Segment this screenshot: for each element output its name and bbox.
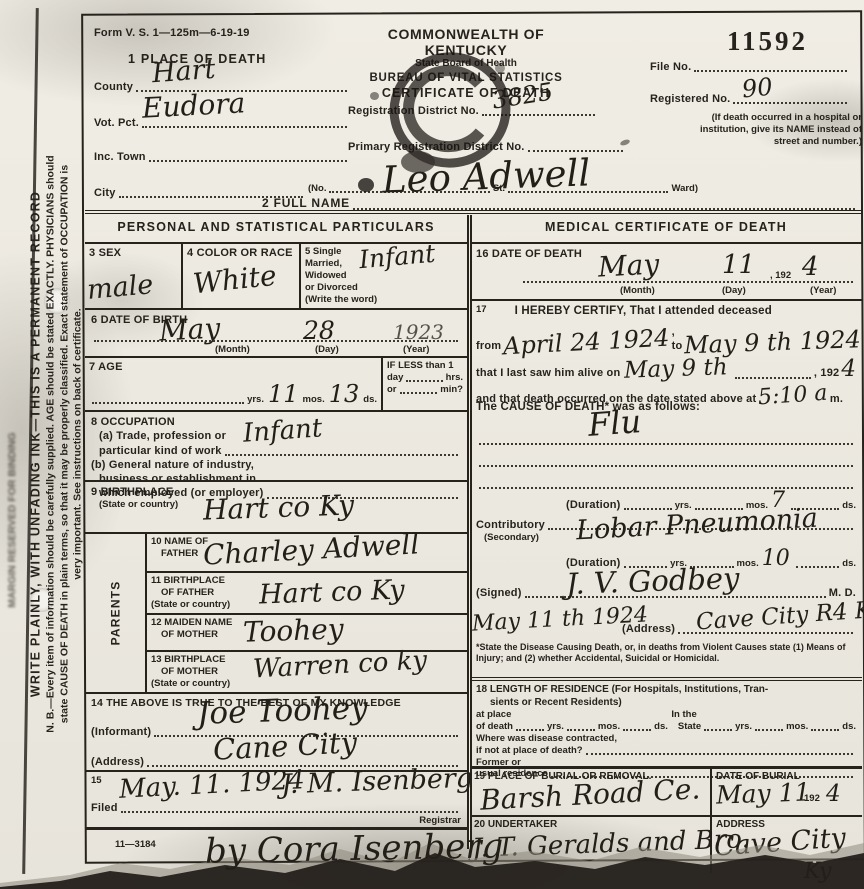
dod-year-label: (Year) (810, 285, 836, 297)
age-row: 7 AGE yrs. 11 mos. 13 ds. IF LESS than 1… (85, 358, 467, 412)
dotted-line (479, 485, 853, 489)
burial-date-cell: DATE OF BURIAL May 11 192 4 (710, 769, 862, 815)
binding-margin-note: MARGIN RESERVED FOR BINDING (6, 360, 20, 680)
occupation-a2: particular kind of work (99, 444, 222, 458)
birthplace-value: Hart co Ky (203, 491, 355, 524)
date-of-birth-row: 6 DATE OF BIRTH May 28 1923 (Month) (Day… (85, 310, 467, 358)
dob-line (91, 338, 461, 344)
personal-particulars-column: PERSONAL AND STATISTICAL PARTICULARS 3 S… (85, 215, 467, 860)
dotted-line (479, 463, 853, 467)
inc-town-label: Inc. Town (94, 150, 146, 164)
last-saw-year-value: 4 (841, 358, 856, 381)
dotted-line (755, 727, 783, 731)
filed-date-value: May. 11. 1924 (118, 767, 305, 803)
burial-place-value: Barsh Road Ce. (479, 775, 700, 814)
precinct-value: Eudora (141, 89, 246, 122)
duration2-mos-label: mos. (737, 558, 759, 570)
undertaker-address-extra: Ky (804, 861, 831, 883)
informant-address-label: (Address) (91, 755, 144, 769)
file-no-label: File No. (650, 60, 691, 74)
burial-year-value: 4 (826, 783, 841, 806)
cause-line2 (476, 463, 856, 469)
res-mos2: mos. (786, 721, 808, 733)
registrar-label: Registrar (91, 815, 461, 827)
parents-rows: 10 NAME OF FATHER Charley Adwell 11 BIRT… (145, 534, 467, 692)
margin-instructions: WRITE PLAINLY, WITH UNFADING INK—THIS IS… (29, 26, 86, 862)
form-code-row: 11—3184 by Cora Isenberg (85, 830, 467, 860)
filed-row: 15 Filed Registrar May. 11. 1924 J. M. I… (85, 772, 467, 830)
ward-label: Ward) (671, 183, 698, 195)
dotted-line (479, 441, 853, 445)
certify-section: 17 I HEREBY CERTIFY, That I attended dec… (470, 301, 862, 397)
dotted-line (735, 375, 811, 379)
from-label: from (476, 339, 501, 353)
filed-label: Filed (91, 801, 118, 815)
dotted-line (811, 727, 839, 731)
former-label-line1: Former or (476, 757, 856, 769)
mother-birthplace-row: 13 BIRTHPLACE OF MOTHER (State or countr… (147, 652, 467, 692)
contracted-label: Where was disease contracted, (476, 733, 856, 745)
dotted-line (225, 452, 458, 456)
contributory-label: Contributory (476, 518, 545, 532)
dod-label: 16 DATE OF DEATH (476, 247, 856, 261)
personal-title: PERSONAL AND STATISTICAL PARTICULARS (117, 220, 434, 234)
registered-no-label: Registered No. (650, 92, 730, 106)
race-cell: 4 COLOR OR RACE White (181, 244, 299, 308)
undertaker-address-value: Cave City (713, 824, 847, 860)
res-yrs2: yrs. (735, 721, 752, 733)
burial-place-cell: 19 PLACE OF BURIAL OR REMOVAL. Barsh Roa… (470, 769, 710, 815)
dotted-line (92, 400, 244, 404)
city-label: City (94, 186, 116, 200)
write-plainly-note: WRITE PLAINLY, WITH UNFADING INK—THIS IS… (29, 26, 43, 862)
no-label: (No. (308, 183, 326, 195)
signed-label: (Signed) (476, 586, 522, 600)
hospital-note: (If death occurred in a hospital or inst… (688, 112, 862, 148)
nb-note-line2: state CAUSE OF DEATH in plain terms, so … (58, 26, 72, 862)
precinct-label: Vot. Pct. (94, 116, 139, 130)
certify-line1: 17 I HEREBY CERTIFY, That I attended dec… (476, 304, 856, 319)
nb-note-line1: N. B.—Every item of information should b… (45, 26, 59, 862)
race-value: White (192, 262, 278, 299)
of-death-label: of death (476, 721, 513, 733)
binding-margin-text: MARGIN RESERVED FOR BINDING (6, 360, 20, 680)
res-mos1: mos. (598, 721, 620, 733)
duration2-ds-label: ds. (842, 558, 856, 570)
duration1-ds-label: ds. (842, 500, 856, 512)
dotted-line (516, 727, 544, 731)
residence-section: 18 LENGTH OF RESIDENCE (For Hospitals, I… (470, 681, 862, 769)
ink-blot (370, 92, 379, 100)
contributory-row: Contributory (Secondary) Lobar Pneumonia (470, 515, 862, 551)
registered-no-value: 90 (741, 74, 774, 101)
duration1-label: (Duration) (566, 498, 621, 512)
deputy-registrar-byline: by Cora Isenberg (205, 829, 504, 868)
month-label: (Month) (215, 344, 250, 356)
file-no-row: File No. (650, 60, 850, 74)
last-saw-label: that I last saw him alive on (476, 366, 620, 380)
cause-label: The CAUSE OF DEATH* was as follows: (476, 400, 856, 415)
father-birthplace-value: Hart co Ky (259, 577, 405, 609)
dotted-line (523, 279, 853, 283)
section-divider (85, 210, 862, 214)
county-value: Hart (151, 56, 216, 87)
age-months-value: 11 (268, 382, 299, 406)
inc-town-row: Inc. Town (94, 150, 350, 164)
undertaker-cell: 20 UNDERTAKER J. T. Geralds and Bro. (470, 817, 710, 873)
father-birthplace-row: 11 BIRTHPLACE OF FATHER (State or countr… (147, 573, 467, 615)
marital-cell: 5 Single Married, Widowed or Divorced (W… (299, 244, 467, 308)
informant-address-value: Cane City (212, 728, 357, 764)
dotted-line (624, 506, 672, 510)
burial-date-value: May 11 (716, 779, 811, 807)
if-less-hrs: hrs. (446, 372, 463, 384)
age-days-value: 13 (329, 382, 360, 406)
occupation-row: 8 OCCUPATION (a) Trade, profession or pa… (85, 412, 467, 482)
attended-from-value: April 24 1924 (503, 325, 670, 358)
if-less-cell: IF LESS than 1 dayhrs. ormin? (381, 358, 467, 410)
dod-year-value: 4 (802, 254, 819, 280)
medical-certificate-column: MEDICAL CERTIFICATE OF DEATH 16 DATE OF … (470, 215, 862, 873)
date-of-death-row: 16 DATE OF DEATH May 11 , 192 4 (Month) … (470, 244, 862, 301)
birthplace-row: 9 BIRTHPLACE (State or country) Hart co … (85, 482, 467, 534)
sex-label: 3 SEX (89, 246, 177, 260)
to-label: , to (672, 325, 683, 354)
age-mos-label: mos. (303, 394, 325, 406)
if-not-label: if not at place of death? (476, 745, 583, 757)
informant-value: Joe Toohey (197, 693, 369, 730)
day-label: (Day) (315, 344, 339, 356)
physician-signature: J. V. Godbey (566, 564, 740, 599)
dotted-line (704, 727, 732, 731)
form-number: Form V. S. 1—125m—6-19-19 (94, 26, 250, 40)
dotted-line (149, 158, 347, 162)
death-certificate-scan: MARGIN RESERVED FOR BINDING WRITE PLAINL… (0, 0, 864, 889)
parents-label-cell: PARENTS (85, 534, 145, 692)
marital-value: Infant (358, 241, 436, 273)
race-label: 4 COLOR OR RACE (187, 246, 295, 260)
if-less-line1: IF LESS than 1 (387, 360, 463, 372)
dod-day-label: (Day) (722, 285, 746, 297)
sex-cell: 3 SEX male (85, 244, 181, 308)
age-cell: 7 AGE yrs. 11 mos. 13 ds. (85, 358, 381, 410)
cause-footnote: *State the Disease Causing Death, or, in… (476, 642, 856, 665)
certify-line2: from April 24 1924 , to May 9 th 1924 , (476, 325, 856, 354)
dod-line (520, 279, 856, 285)
cause-line1 (476, 441, 856, 447)
dotted-line (406, 378, 442, 382)
marital-line5: (Write the word) (305, 294, 463, 306)
mother-maiden-value: Toohey (243, 615, 345, 646)
informant-section: 14 THE ABOVE IS TRUE TO THE BEST OF MY K… (85, 694, 467, 772)
cause-line3 (476, 485, 856, 491)
if-less-line2: day (387, 372, 403, 384)
dotted-line (623, 727, 651, 731)
dod-day-value: 11 (722, 252, 755, 278)
sex-value: male (86, 271, 154, 304)
duration2-value: 10 (762, 548, 790, 570)
dotted-line (94, 338, 458, 342)
res-ds1: ds. (654, 721, 668, 733)
father-name-value: Charley Adwell (202, 530, 420, 569)
registrar-signature: J. M. Isenberg (281, 765, 474, 799)
certify-number: 17 (476, 304, 487, 319)
burial-row: 19 PLACE OF BURIAL OR REMOVAL. Barsh Roa… (470, 769, 862, 817)
last-saw-year-print: , 192 (814, 366, 839, 380)
year-label: (Year) (403, 344, 429, 356)
undertaker-value: J. T. Geralds and Bro. (472, 826, 751, 862)
ink-blot (358, 178, 374, 192)
certificate-file-number: 11592 (727, 26, 808, 57)
residence-place-header: at place In the (476, 709, 856, 721)
cause-footnote-row: *State the Disease Causing Death, or, in… (470, 639, 862, 681)
parents-label: PARENTS (108, 581, 122, 646)
residence-title-line2: sients or Recent Residents) (476, 697, 856, 710)
last-saw-value: May 9 th (624, 356, 728, 383)
res-yrs1: yrs. (547, 721, 564, 733)
dotted-line (586, 751, 853, 755)
occupation-b1: (b) General nature of industry, (91, 458, 461, 472)
age-line: yrs. 11 mos. 13 ds. (89, 382, 377, 406)
informant-label: (Informant) (91, 725, 151, 739)
res-ds2: ds. (842, 721, 856, 733)
attended-to-value: May 9 th 1924 , (684, 326, 864, 357)
sex-race-marital-row: 3 SEX male 4 COLOR OR RACE White 5 Singl… (85, 244, 467, 310)
undertaker-row: 20 UNDERTAKER J. T. Geralds and Bro. ADD… (470, 817, 862, 873)
dotted-line (142, 124, 347, 128)
age-ds-label: ds. (363, 394, 377, 406)
dod-month-label: (Month) (620, 285, 655, 297)
dotted-line (567, 727, 595, 731)
certify-line3: that I last saw him alive on May 9 th , … (476, 358, 856, 381)
medical-title: MEDICAL CERTIFICATE OF DEATH (545, 220, 787, 234)
dotted-line (796, 564, 840, 568)
age-label: 7 AGE (89, 360, 377, 374)
parents-section: PARENTS 10 NAME OF FATHER Charley Adwell… (85, 534, 467, 694)
if-less-or: or (387, 384, 397, 396)
cause-of-death-section: The CAUSE OF DEATH* was as follows: Flu (470, 397, 862, 493)
signed-date-address-row: May 11 th 1924 (Address) Cave City R4 Ky (470, 607, 862, 639)
age-yrs-label: yrs. (247, 394, 264, 406)
residence-title-line1: 18 LENGTH OF RESIDENCE (For Hospitals, I… (476, 684, 856, 697)
state-label: State (678, 721, 701, 733)
father-name-row: 10 NAME OF FATHER Charley Adwell (147, 534, 467, 573)
occupation-value: Infant (242, 415, 323, 446)
cause-value: Flu (587, 405, 642, 441)
if-less-min: min? (440, 384, 463, 396)
at-place-label: at place (476, 709, 511, 721)
in-the-label: In the (671, 709, 696, 721)
full-name-value: Leo Adwell (381, 154, 590, 198)
dod-month-value: May (597, 250, 660, 281)
dotted-line (353, 206, 855, 210)
residence-values-line: of death yrs. mos. ds. State yrs. mos. d… (476, 721, 856, 733)
county-label: County (94, 80, 133, 94)
certify-statement: I HEREBY CERTIFY, That I attended deceas… (515, 304, 772, 319)
medical-title-row: MEDICAL CERTIFICATE OF DEATH (470, 215, 862, 244)
dotted-line (400, 390, 438, 394)
personal-title-row: PERSONAL AND STATISTICAL PARTICULARS (85, 215, 467, 244)
dotted-line (121, 809, 458, 813)
marital-line4: or Divorced (305, 282, 463, 294)
